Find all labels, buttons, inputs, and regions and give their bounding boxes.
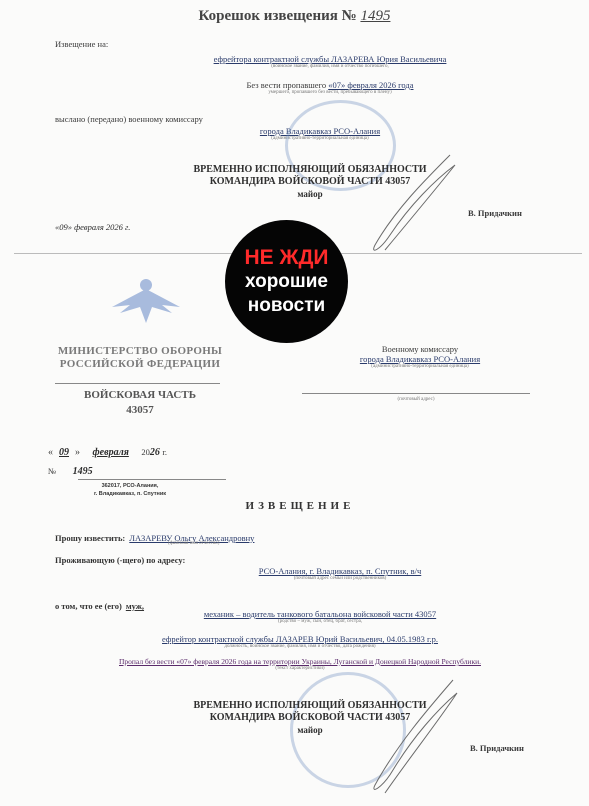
soldier-block: ефрейтор контрактной службы ЛАЗАРЕВ Юрий…: [60, 634, 540, 649]
stub-person-block: ефрейтора контрактной службы ЛАЗАРЕВА Юр…: [120, 54, 540, 69]
stub-notice-on-label: Извещение на:: [55, 39, 108, 49]
notice-number: № 1495: [48, 466, 93, 477]
stub-title-number: 1495: [360, 8, 390, 24]
residing-block: РСО-Алания, г. Владикавказ, п. Спутник, …: [150, 566, 530, 581]
event-hint: (текст характеристики): [40, 666, 560, 671]
date-year: 26: [150, 447, 160, 458]
number-line: [78, 479, 226, 480]
stub-status-prefix: Без вести пропавшего: [247, 80, 327, 90]
position: механик – водитель танкового батальона в…: [100, 609, 540, 619]
stub-status-date: «07» февраля 2026 года: [328, 80, 413, 90]
notify-row: Прошу известить: ЛАЗАРЕВУ Ольгу Александ…: [55, 528, 254, 546]
stub-person-hint: (воинское звание, фамилия, имя и отчеств…: [120, 64, 540, 69]
notice-heading: ИЗВЕЩЕНИЕ: [180, 500, 420, 512]
sender-address-line1: 362017, РСО-Алания,: [40, 482, 220, 490]
position-hint: (родство – муж, сын, отец, брат, сестра,: [100, 619, 540, 624]
addressee-block: Военному комиссару города Владикавказ РС…: [300, 344, 540, 369]
sender-address: 362017, РСО-Алания, г. Владикавказ, п. С…: [40, 482, 220, 498]
unit-line2: 43057: [40, 403, 240, 418]
sender-address-line2: г. Владикавказ, п. Спутник: [40, 490, 220, 498]
event: Пропал без вести «07» февраля 2026 года …: [40, 657, 560, 666]
military-unit: ВОЙСКОВАЯ ЧАСТЬ 43057: [40, 388, 240, 418]
badge-line2: хорошие: [245, 270, 328, 294]
notify-label: Прошу известить:: [55, 533, 125, 543]
number-label: №: [48, 466, 56, 476]
residing-hint: (почтовый адрес семьи или родственников): [150, 576, 530, 581]
postal-address-line: [302, 393, 530, 394]
stub-signature: [355, 150, 475, 260]
stub-title-prefix: Корешок извещения №: [199, 8, 357, 24]
event-block: Пропал без вести «07» февраля 2026 года …: [40, 657, 560, 671]
position-block: механик – водитель танкового батальона в…: [100, 609, 540, 624]
soldier-hint: должность, воинское звание, фамилия, имя…: [60, 644, 540, 649]
badge-line3: новости: [248, 294, 325, 318]
soldier: ефрейтор контрактной службы ЛАЗАРЕВ Юрий…: [60, 634, 540, 644]
notice-signature: [355, 675, 475, 800]
addressee-city: города Владикавказ РСО-Алания: [300, 354, 540, 364]
date-year-prefix: 20: [141, 447, 150, 457]
number-value: 1495: [73, 466, 93, 477]
ministry-divider: [55, 383, 220, 384]
notice-date: «09» февраля 2026 г.: [48, 447, 167, 458]
stub-status-block: Без вести пропавшего «07» февраля 2026 г…: [120, 80, 540, 95]
stub-person: ефрейтора контрактной службы ЛАЗАРЕВА Юр…: [120, 54, 540, 64]
notify-hint: (фамилия имя отчество): [168, 541, 219, 546]
date-day: 09: [53, 447, 75, 458]
residing-label: Проживающую (-щего) по адресу:: [55, 555, 185, 565]
postal-hint: (почтовый адрес): [302, 397, 530, 402]
overlay-badge: НЕ ЖДИ хорошие новости: [225, 220, 348, 343]
date-suffix: г.: [162, 447, 167, 457]
residing-address: РСО-Алания, г. Владикавказ, п. Спутник, …: [150, 566, 530, 576]
notice-signer: В. Придачкин: [470, 743, 524, 753]
badge-line1: НЕ ЖДИ: [244, 246, 328, 270]
ministry-name: МИНИСТЕРСТВО ОБОРОНЫ РОССИЙСКОЙ ФЕДЕРАЦИ…: [40, 345, 240, 371]
ministry-line1: МИНИСТЕРСТВО ОБОРОНЫ: [40, 345, 240, 358]
date-month: февраля: [83, 447, 139, 458]
stub-status-hint: умершего, пропавшего без вести, пребываю…: [120, 90, 540, 95]
date-close: »: [75, 447, 80, 458]
stub-date: «09» февраля 2026 г.: [55, 222, 130, 232]
stub-signer: В. Придачкин: [468, 208, 522, 218]
addressee-hint: (административно-территориальная единица…: [300, 364, 540, 369]
eagle-emblem-icon: [110, 275, 182, 325]
ministry-line2: РОССИЙСКОЙ ФЕДЕРАЦИИ: [40, 358, 240, 371]
unit-line1: ВОЙСКОВАЯ ЧАСТЬ: [40, 388, 240, 403]
stub-sent-label: выслано (передано) военному комиссару: [55, 114, 203, 124]
stub-title: Корешок извещения № 1495: [0, 8, 589, 25]
addressee-label: Военному комиссару: [300, 344, 540, 354]
